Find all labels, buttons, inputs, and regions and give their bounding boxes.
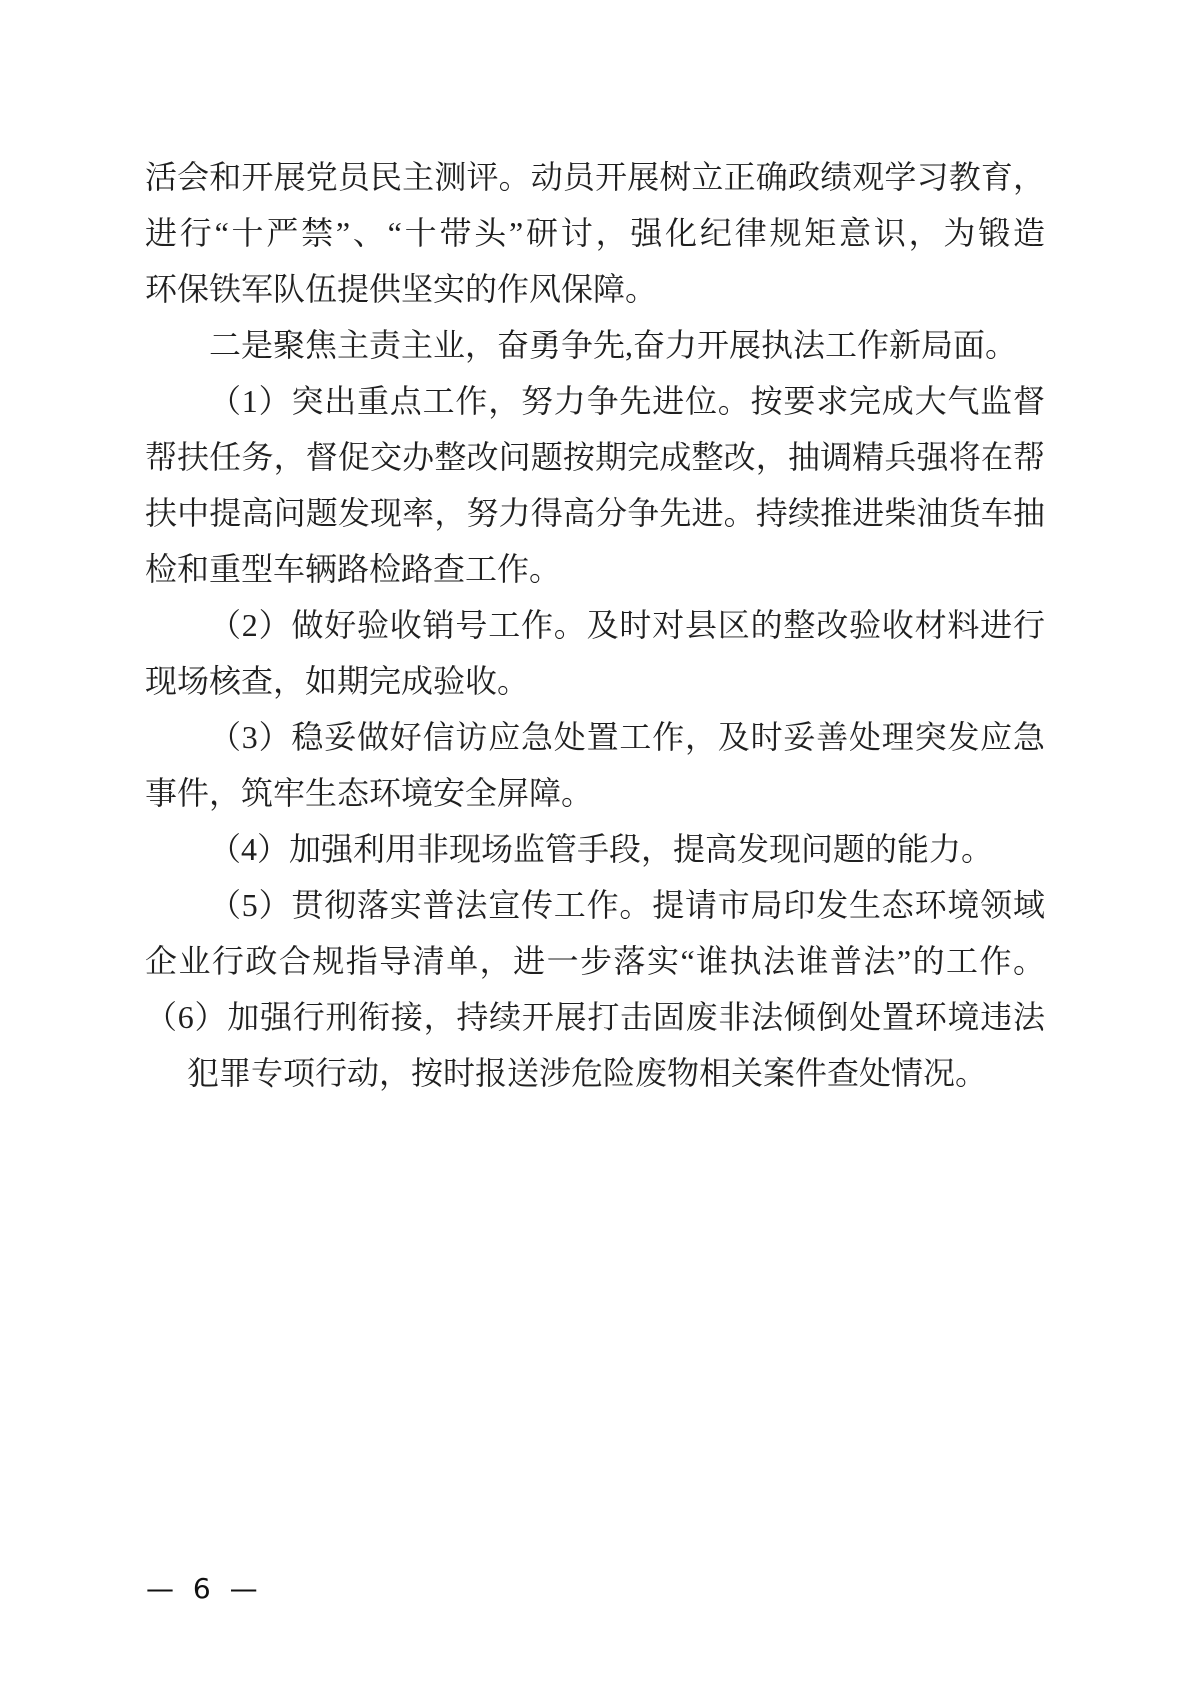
text-line: 检和重型车辆路检路查工作。 [145, 541, 1045, 597]
document-page: 活会和开展党员民主测评。动员开展树立正确政绩观学习教育， 进行“十严禁”、“十带… [0, 0, 1190, 1683]
text-line-item-5: （5）贯彻落实普法宣传工作。提请市局印发生态环境领域 [145, 877, 1045, 933]
text-line-item-2: （2）做好验收销号工作。及时对县区的整改验收材料进行 [145, 597, 1045, 653]
page-number: — 6 — [146, 1572, 260, 1605]
text-line-item-1: （1）突出重点工作，努力争先进位。按要求完成大气监督 [145, 373, 1045, 429]
text-line: 进行“十严禁”、“十带头”研讨，强化纪律规矩意识，为锻造 [145, 205, 1045, 261]
text-line-item-4: （4）加强利用非现场监管手段，提高发现问题的能力。 [145, 821, 1045, 877]
text-line: 现场核查，如期完成验收。 [145, 653, 1045, 709]
text-line-section-lead: 二是聚焦主责主业，奋勇争先,奋力开展执法工作新局面。 [145, 317, 1045, 373]
document-body-text: 活会和开展党员民主测评。动员开展树立正确政绩观学习教育， 进行“十严禁”、“十带… [145, 149, 1045, 1101]
text-line: 企业行政合规指导清单，进一步落实“谁执法谁普法”的工作。 [145, 933, 1045, 989]
page-footer: — 6 — [146, 1572, 260, 1606]
text-line: 事件，筑牢生态环境安全屏障。 [145, 765, 1045, 821]
text-line: 扶中提高问题发现率，努力得高分争先进。持续推进柴油货车抽 [145, 485, 1045, 541]
text-line: 环保铁军队伍提供坚实的作风保障。 [145, 261, 1045, 317]
text-line: 活会和开展党员民主测评。动员开展树立正确政绩观学习教育， [145, 149, 1045, 205]
text-line: 犯罪专项行动，按时报送涉危险废物相关案件查处情况。 [145, 1045, 1045, 1101]
text-line-item-3: （3）稳妥做好信访应急处置工作，及时妥善处理突发应急 [145, 709, 1045, 765]
text-line-item-6: （6）加强行刑衔接，持续开展打击固废非法倾倒处置环境违法 [145, 989, 1045, 1045]
text-line: 帮扶任务，督促交办整改问题按期完成整改，抽调精兵强将在帮 [145, 429, 1045, 485]
